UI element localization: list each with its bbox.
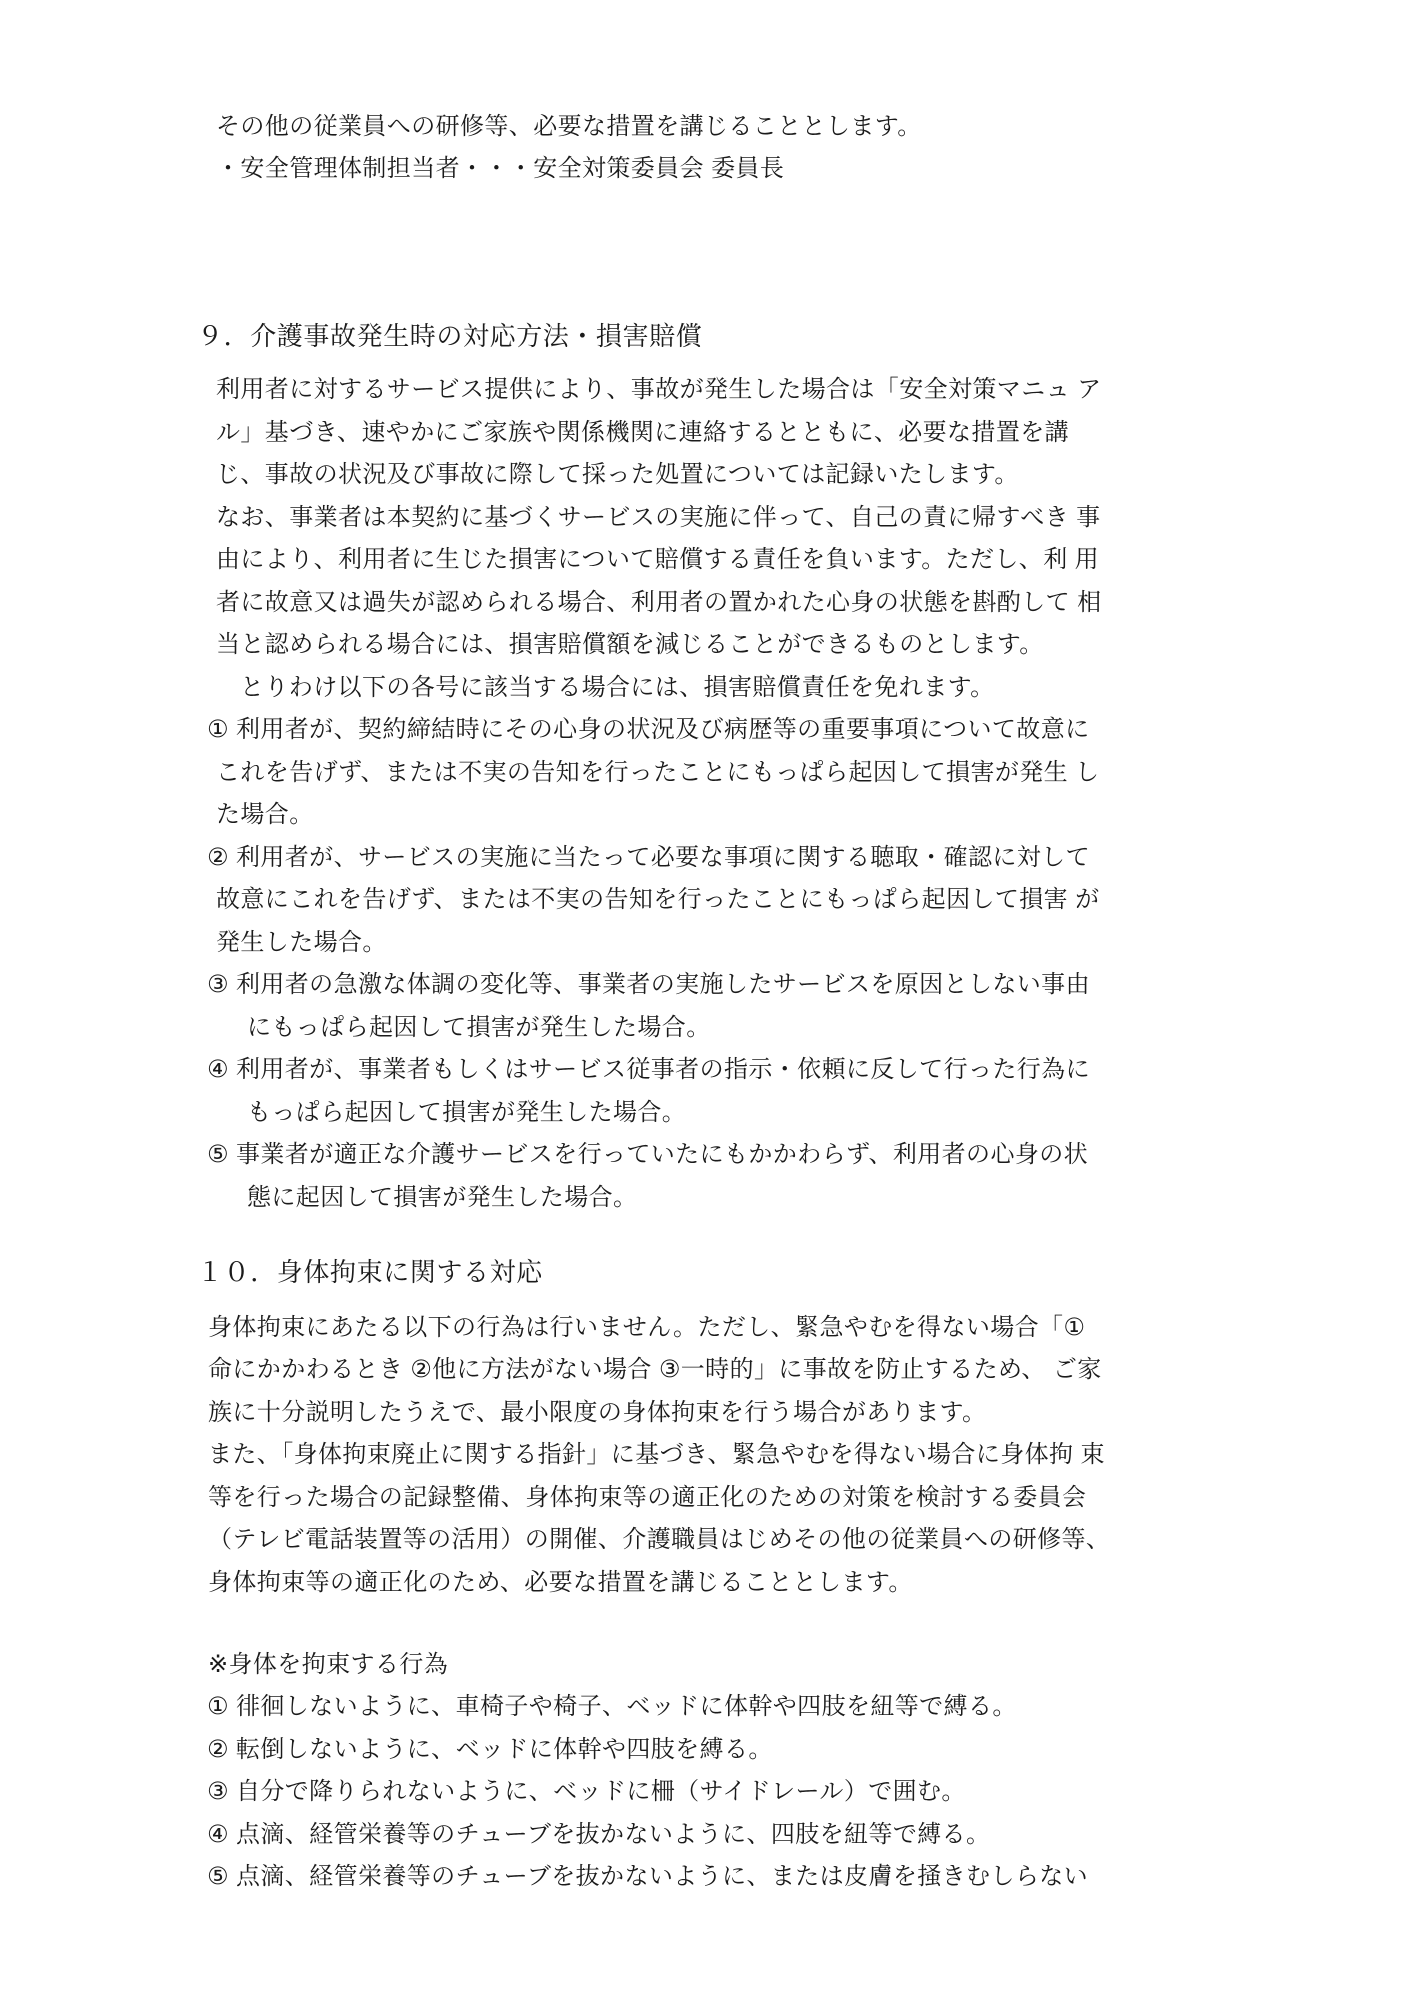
section9-line: もっぱら起因して損害が発生した場合。	[247, 1098, 686, 1128]
section9-heading: ９．介護事故発生時の対応方法・損害賠償	[197, 320, 702, 352]
section9-line: た場合。	[216, 800, 314, 830]
intro-line: ・安全管理体制担当者・・・安全対策委員会 委員長	[216, 154, 784, 184]
section10-line: また、「身体拘束廃止に関する指針」に基づき、緊急やむを得ない場合に身体拘 束	[208, 1440, 1105, 1470]
section9-list-item: ③ 利用者の急激な体調の変化等、事業者の実施したサービスを原因としない事由	[207, 970, 1090, 1000]
section10-line: 族に十分説明したうえで、最小限度の身体拘束を行う場合があります。	[208, 1398, 986, 1428]
restraint-act-item: ③ 自分で降りられないように、ベッドに柵（サイドレール）で囲む。	[207, 1777, 966, 1807]
section10-line: 身体拘束等の適正化のため、必要な措置を講じることとします。	[208, 1568, 913, 1598]
section9-line: じ、事故の状況及び事故に際して採った処置については記録いたします。	[216, 460, 1019, 490]
restraint-act-item: ⑤ 点滴、経管栄養等のチューブを抜かないように、または皮膚を掻きむしらない	[207, 1862, 1088, 1892]
section10-line: 等を行った場合の記録整備、身体拘束等の適正化のための対策を検討する委員会	[208, 1483, 1086, 1513]
section9-line: にもっぱら起因して損害が発生した場合。	[247, 1013, 711, 1043]
section10-line: 身体拘束にあたる以下の行為は行いません。ただし、緊急やむを得ない場合「①	[208, 1313, 1085, 1343]
restraint-act-item: ④ 点滴、経管栄養等のチューブを抜かないように、四肢を紐等で縛る。	[207, 1820, 990, 1850]
section10-line: 命にかかわるとき ②他に方法がない場合 ③一時的」に事故を防止するため、 ご家	[208, 1355, 1102, 1385]
section9-list-item: ② 利用者が、サービスの実施に当たって必要な事項に関する聴取・確認に対して	[207, 843, 1090, 873]
section9-line: なお、事業者は本契約に基づくサービスの実施に伴って、自己の責に帰すべき 事	[216, 503, 1101, 533]
section10-line: （テレビ電話装置等の活用）の開催、介護職員はじめその他の従業員への研修等、	[208, 1525, 1110, 1555]
restraint-act-item: ① 徘徊しないように、車椅子や椅子、ベッドに体幹や四肢を紐等で縛る。	[207, 1692, 1017, 1722]
intro-line: その他の従業員への研修等、必要な措置を講じることとします。	[216, 112, 922, 142]
section9-list-item: ④ 利用者が、事業者もしくはサービス従事者の指示・依頼に反して行った行為に	[207, 1055, 1090, 1085]
section10-heading: １０．身体拘束に関する対応	[197, 1256, 543, 1288]
section9-line: 故意にこれを告げず、または不実の告知を行ったことにもっぱら起因して損害 が	[216, 885, 1100, 915]
document-page: その他の従業員への研修等、必要な措置を講じることとします。 ・安全管理体制担当者…	[0, 0, 1414, 2000]
section9-line: 当と認められる場合には、損害賠償額を減じることができるものとします。	[216, 630, 1044, 660]
section9-line: 由により、利用者に生じた損害について賠償する責任を負います。ただし、利 用	[216, 545, 1099, 575]
section9-list-item: ① 利用者が、契約締結時にその心身の状況及び病歴等の重要事項について故意に	[207, 715, 1090, 745]
restraint-act-item: ② 転倒しないように、ベッドに体幹や四肢を縛る。	[207, 1735, 773, 1765]
section9-line: これを告げず、または不実の告知を行ったことにもっぱら起因して損害が発生 し	[216, 758, 1100, 788]
section9-line: 利用者に対するサービス提供により、事故が発生した場合は「安全対策マニュ ア	[216, 375, 1101, 405]
section9-line: 態に起因して損害が発生した場合。	[247, 1183, 637, 1213]
section9-list-item: ⑤ 事業者が適正な介護サービスを行っていたにもかかわらず、利用者の心身の状	[207, 1140, 1088, 1170]
section9-line: ル」基づき、速やかにご家族や関係機関に連絡するとともに、必要な措置を講	[216, 418, 1069, 448]
section9-line: 者に故意又は過失が認められる場合、利用者の置かれた心身の状態を斟酌して 相	[216, 588, 1101, 618]
restraint-acts-title: ※身体を拘束する行為	[208, 1650, 448, 1680]
section9-line: とりわけ以下の各号に該当する場合には、損害賠償責任を免れます。	[240, 673, 994, 703]
section9-line: 発生した場合。	[216, 928, 387, 958]
